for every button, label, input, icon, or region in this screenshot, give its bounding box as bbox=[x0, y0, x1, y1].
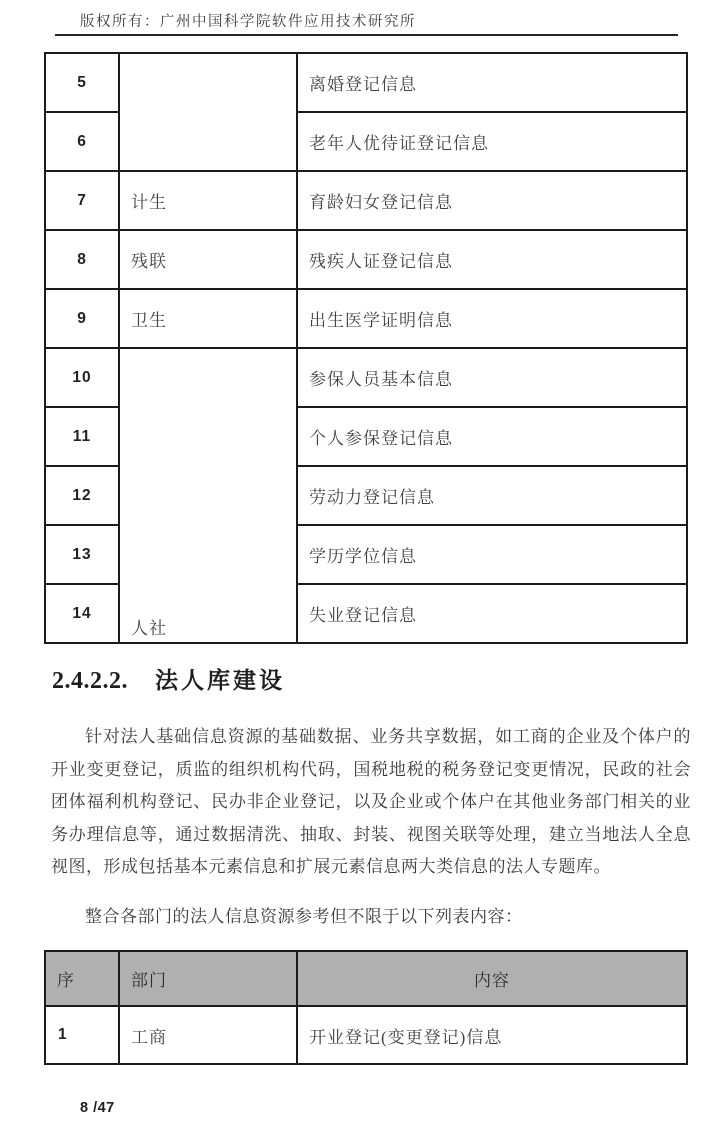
header-no: 序 bbox=[45, 951, 119, 1006]
dept-cell bbox=[119, 53, 297, 171]
table-row: 8 残联 残疾人证登记信息 bbox=[45, 230, 687, 289]
person-info-table: 5 离婚登记信息 6 老年人优待证登记信息 7 计生 育龄妇女登记信息 8 残联… bbox=[44, 52, 688, 644]
table-row: 9 卫生 出生医学证明信息 bbox=[45, 289, 687, 348]
content-cell: 育龄妇女登记信息 bbox=[297, 171, 687, 230]
copyright-header: 版权所有：广州中国科学院软件应用技术研究所 bbox=[80, 10, 416, 31]
row-number-cell: 10 bbox=[45, 348, 119, 407]
row-number-cell: 1 bbox=[45, 1006, 119, 1064]
content-cell: 开业登记(变更登记)信息 bbox=[297, 1006, 687, 1064]
dept-label: 人社 bbox=[131, 614, 296, 642]
table-lead-paragraph: 整合各部门的法人信息资源参考但不限于以下列表内容： bbox=[51, 901, 691, 934]
row-number-cell: 13 bbox=[45, 525, 119, 584]
content-cell: 劳动力登记信息 bbox=[297, 466, 687, 525]
section-heading: 2.4.2.2. 法人库建设 bbox=[52, 662, 285, 695]
document-page: { "page": { "header_text": "版权所有：广州中国科学院… bbox=[0, 0, 728, 1148]
content-cell: 个人参保登记信息 bbox=[297, 407, 687, 466]
row-number-cell: 8 bbox=[45, 230, 119, 289]
row-number-cell: 9 bbox=[45, 289, 119, 348]
table-row: 5 离婚登记信息 bbox=[45, 53, 687, 112]
page-number: 8 /47 bbox=[80, 1100, 115, 1116]
row-number-cell: 11 bbox=[45, 407, 119, 466]
table-row: 7 计生 育龄妇女登记信息 bbox=[45, 171, 687, 230]
row-number-cell: 5 bbox=[45, 53, 119, 112]
section-title: 法人库建设 bbox=[155, 662, 285, 695]
table-header-row: 序 部门 内容 bbox=[45, 951, 687, 1006]
body-paragraph: 针对法人基础信息资源的基础数据、业务共享数据，如工商的企业及个体户的开业变更登记… bbox=[51, 721, 691, 884]
table-row: 1 工商 开业登记(变更登记)信息 bbox=[45, 1006, 687, 1064]
legal-entity-info-table: 序 部门 内容 1 工商 开业登记(变更登记)信息 bbox=[44, 950, 688, 1065]
header-divider bbox=[55, 34, 678, 36]
content-cell: 老年人优待证登记信息 bbox=[297, 112, 687, 171]
header-dept: 部门 bbox=[119, 951, 297, 1006]
header-content: 内容 bbox=[297, 951, 687, 1006]
row-number-cell: 14 bbox=[45, 584, 119, 643]
dept-cell: 人社 bbox=[119, 348, 297, 643]
dept-cell: 工商 bbox=[119, 1006, 297, 1064]
content-cell: 参保人员基本信息 bbox=[297, 348, 687, 407]
content-cell: 失业登记信息 bbox=[297, 584, 687, 643]
content-cell: 学历学位信息 bbox=[297, 525, 687, 584]
table-row: 10 人社 参保人员基本信息 bbox=[45, 348, 687, 407]
dept-cell: 残联 bbox=[119, 230, 297, 289]
content-cell: 离婚登记信息 bbox=[297, 53, 687, 112]
row-number-cell: 6 bbox=[45, 112, 119, 171]
content-cell: 出生医学证明信息 bbox=[297, 289, 687, 348]
dept-cell: 计生 bbox=[119, 171, 297, 230]
row-number-cell: 12 bbox=[45, 466, 119, 525]
row-number-cell: 7 bbox=[45, 171, 119, 230]
content-cell: 残疾人证登记信息 bbox=[297, 230, 687, 289]
section-number: 2.4.2.2. bbox=[52, 668, 128, 695]
dept-cell: 卫生 bbox=[119, 289, 297, 348]
